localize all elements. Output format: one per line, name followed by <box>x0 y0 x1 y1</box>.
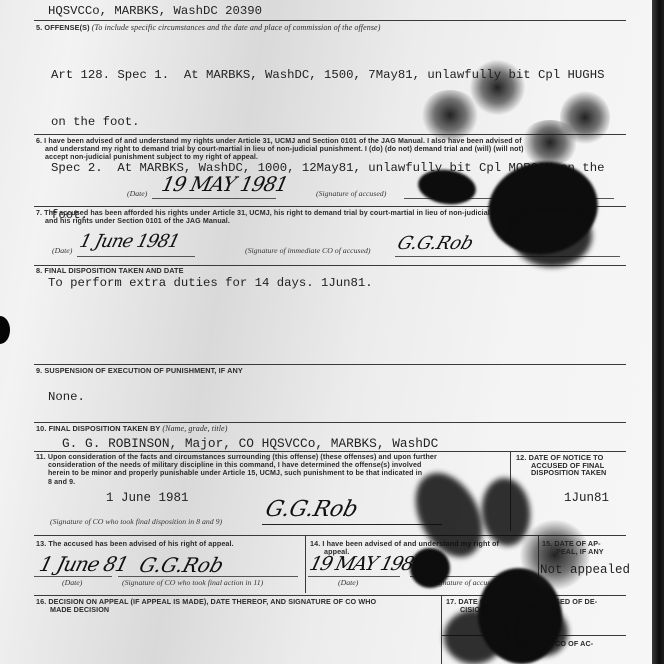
column-divider <box>441 595 442 664</box>
item8-label: 8. FINAL DISPOSITION TAKEN AND DATE <box>36 267 184 275</box>
item16-label: 16. DECISION ON APPEAL (IF APPEAL IS MAD… <box>36 598 376 614</box>
item5-note: (To include specific circumstances and t… <box>92 23 381 32</box>
item7-signature-line <box>395 256 620 257</box>
item11-line: 8 and 9. <box>36 478 437 486</box>
item13-label: 13. The accused has been advised of his … <box>36 540 234 548</box>
unit-address: HQSVCCo, MARBKS, WashDC 20390 <box>48 4 262 18</box>
item14-date-caption: (Date) <box>338 578 358 587</box>
item11-signature-caption: (Signature of CO who took final disposit… <box>50 517 222 526</box>
divider <box>34 20 626 21</box>
item7-signature-caption: (Signature of immediate CO of accused) <box>245 246 371 255</box>
item11-line: consideration of the needs of military d… <box>36 461 437 469</box>
item13-date: 1 June 81 <box>37 552 130 576</box>
item8-value: To perform extra duties for 14 days. 1Ju… <box>48 276 373 290</box>
item6-signature-caption: (Signature of accused) <box>316 189 386 198</box>
item7-date-value: 1 June 1981 <box>77 231 181 252</box>
item13-signature: G.G.Rob <box>137 553 227 577</box>
offense-line: on the foot. <box>51 115 604 131</box>
item9-value: None. <box>48 390 85 404</box>
item7-line: and his rights under Section 0101 of the… <box>36 217 535 225</box>
item11-statement: 11. Upon consideration of the facts and … <box>36 453 437 486</box>
item12-label-line: DISPOSITION TAKEN <box>516 469 606 477</box>
column-divider <box>305 535 306 593</box>
item7-signature: G.G.Rob <box>395 233 477 254</box>
nonjudicial-punishment-form: HQSVCCo, MARBKS, WashDC 20390 5. OFFENSE… <box>0 0 652 664</box>
item10-value: G. G. ROBINSON, Major, CO HQSVCCo, MARBK… <box>62 436 438 451</box>
item16-label-line: MADE DECISION <box>36 606 376 614</box>
item6-date-value: 19 MAY 1981 <box>159 172 289 196</box>
item13-date-caption: (Date) <box>62 578 82 587</box>
item11-line: 11. Upon consideration of the facts and … <box>36 453 437 461</box>
divider <box>34 422 626 423</box>
item5-label: 5. OFFENSE(S) (To include specific circu… <box>36 24 380 32</box>
item7-date-caption: (Date) <box>52 246 72 255</box>
item6-date-caption: (Date) <box>127 189 147 198</box>
item10-label: 10. FINAL DISPOSITION TAKEN BY (Name, gr… <box>36 425 227 433</box>
item11-line: herein to be minor and properly punishab… <box>36 469 437 477</box>
item6-line: accept non-judicial punishment subject t… <box>36 153 524 161</box>
item5-title: 5. OFFENSE(S) <box>36 23 90 32</box>
item12-label: 12. DATE OF NOTICE TO ACCUSED OF FINAL D… <box>516 454 606 477</box>
divider <box>34 364 626 365</box>
item10-title: 10. FINAL DISPOSITION TAKEN BY <box>36 424 160 433</box>
item6-statement: 6. I have been advised of and understand… <box>36 137 524 162</box>
item11-signature-line <box>262 524 442 525</box>
divider <box>34 451 626 452</box>
item9-label: 9. SUSPENSION OF EXECUTION OF PUNISHMENT… <box>36 367 243 375</box>
item7-statement: 7. The accused has been afforded his rig… <box>36 209 535 225</box>
item13-signature-caption: (Signature of CO who took final action i… <box>122 578 263 587</box>
item12-value: 1Jun81 <box>564 491 609 505</box>
item11-date: 1 June 1981 <box>106 491 189 505</box>
item13-signature-line <box>118 576 298 577</box>
binder-hole <box>0 316 10 344</box>
item6-line: and understand my right to demand trial … <box>36 145 524 153</box>
item14-date: 19 MAY 1981 <box>307 553 426 575</box>
item7-date-line <box>77 256 195 257</box>
item10-note: (Name, grade, title) <box>162 424 227 433</box>
item7-line: 7. The accused has been afforded his rig… <box>36 209 535 217</box>
page-edge-shadow <box>652 0 664 664</box>
item6-date-line <box>152 198 276 199</box>
item11-signature: G.G.Rob <box>263 497 361 522</box>
item14-date-line <box>308 576 400 577</box>
item13-date-line <box>34 576 112 577</box>
